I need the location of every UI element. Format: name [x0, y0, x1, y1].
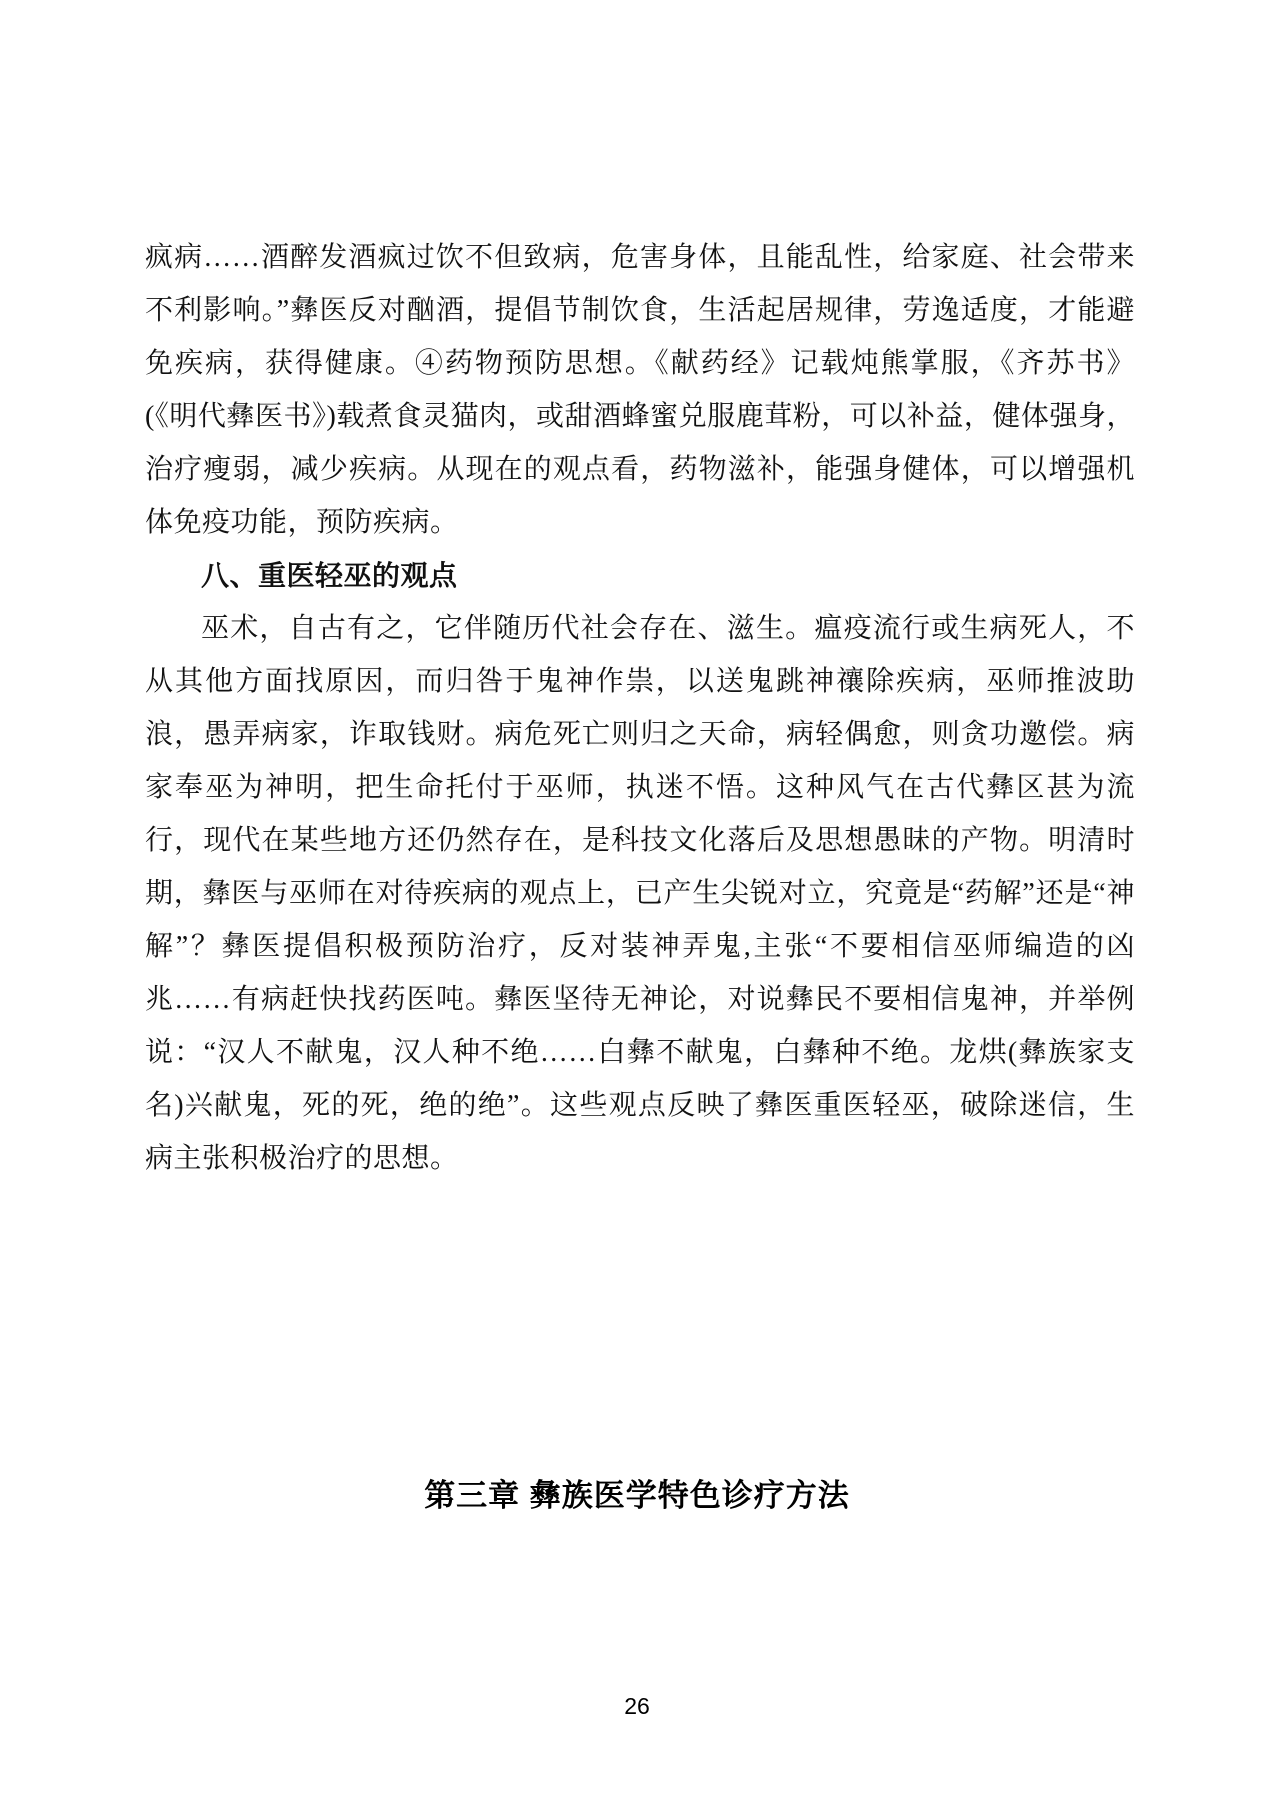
section-heading: 八、重医轻巫的观点 — [145, 549, 1135, 602]
page-number: 26 — [0, 1691, 1274, 1721]
chapter-heading: 第三章 彝族医学特色诊疗方法 — [0, 1474, 1274, 1518]
paragraph-continuation: 疯病……酒醉发酒疯过饮不但致病，危害身体，且能乱性，给家庭、社会带来不利影响。”… — [145, 231, 1135, 549]
paragraph-body: 巫术，自古有之，它伴随历代社会存在、滋生。瘟疫流行或生病死人，不从其他方面找原因… — [145, 602, 1135, 1185]
page-body: 疯病……酒醉发酒疯过饮不但致病，危害身体，且能乱性，给家庭、社会带来不利影响。”… — [145, 231, 1135, 1185]
document-page: 疯病……酒醉发酒疯过饮不但致病，危害身体，且能乱性，给家庭、社会带来不利影响。”… — [0, 0, 1274, 1801]
